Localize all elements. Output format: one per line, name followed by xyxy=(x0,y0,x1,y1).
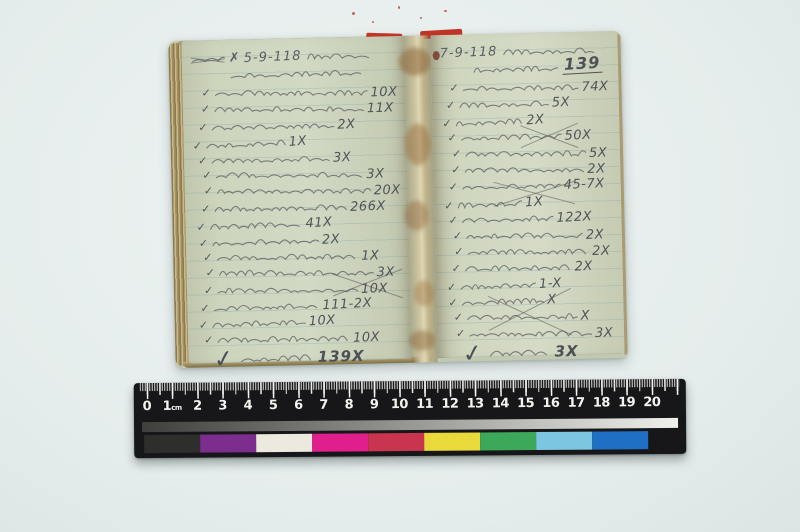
handwriting-squiggle xyxy=(240,350,312,366)
entry-tally: 3X xyxy=(366,168,385,182)
red-speck xyxy=(352,12,355,15)
handwriting-squiggle xyxy=(465,229,583,243)
ruler-number: 16 xyxy=(542,395,559,413)
ledger-entry-row: ✓ 10X xyxy=(201,83,399,100)
handwriting-squiggle xyxy=(216,332,350,347)
check-icon: ✓ xyxy=(448,132,457,145)
color-patch xyxy=(536,432,592,450)
check-icon: ✓ xyxy=(212,346,236,373)
handwriting-squiggle xyxy=(215,250,358,264)
crossed-out-scribble xyxy=(191,53,225,66)
stain xyxy=(399,47,432,76)
ruler-number: 12 xyxy=(441,396,458,414)
ruler-number: 11 xyxy=(416,396,433,414)
color-patch xyxy=(592,431,648,449)
red-speck xyxy=(372,21,374,23)
entry-tally: 3X xyxy=(595,327,614,341)
entry-tally: 41X xyxy=(305,216,333,231)
ledger-entry-row: ✓ 122X xyxy=(448,207,615,227)
left-page-entries: ✓ 10X ✓ 11X ✓ 2X ✓ 1X ✓ 3X ✓ 3X ✓ 20X ✓ … xyxy=(191,78,405,348)
check-icon: ✓ xyxy=(196,221,206,235)
ruler-number: 8 xyxy=(345,396,354,414)
ledger-entry-row: ✓ 1X xyxy=(203,246,403,264)
handwriting-squiggle xyxy=(461,212,554,227)
right-page-entries: ✓ 74X ✓ 5X ✓ 2X ✓ 50X ✓ 5X ✓ 2X ✓ 45-7X … xyxy=(440,73,618,342)
entry-tally: 1-X xyxy=(539,277,563,291)
red-speck xyxy=(420,17,422,19)
color-patch xyxy=(200,434,256,452)
left-page-content: ✗ 5-9-118 ✓ 10X ✓ 11X ✓ 2X ✓ 1X xyxy=(181,36,411,364)
check-icon: ✓ xyxy=(204,333,213,346)
notebook: ✗ 5-9-118 ✓ 10X ✓ 11X ✓ 2X ✓ 1X xyxy=(168,31,627,368)
color-patch xyxy=(424,432,480,450)
check-icon: ✓ xyxy=(449,181,458,194)
color-patch xyxy=(368,433,424,451)
ruler-number: 19 xyxy=(618,394,635,412)
check-icon: ✓ xyxy=(451,262,460,275)
entry-tally: 2X xyxy=(586,228,605,242)
handwriting-squiggle xyxy=(305,49,369,63)
entry-tally: 10X xyxy=(309,315,337,330)
photo-of-notebook-and-scale: ✗ 5-9-118 ✓ 10X ✓ 11X ✓ 2X ✓ 1X xyxy=(0,0,800,532)
check-icon: ✓ xyxy=(454,245,463,258)
ledger-entry-row: ✓ 5X xyxy=(452,143,614,160)
check-icon: ✓ xyxy=(451,163,460,176)
right-page: 7-9-118 139 ✓ 74X ✓ 5X ✓ 2X ✓ 50X xyxy=(430,31,624,358)
color-patch xyxy=(480,432,536,450)
left-page: ✗ 5-9-118 ✓ 10X ✓ 11X ✓ 2X ✓ 1X xyxy=(181,36,411,364)
ledger-entry-row: ✓ 20X xyxy=(204,181,402,198)
ruler-number: 4 xyxy=(244,397,253,415)
check-icon: ✓ xyxy=(200,302,210,315)
ledger-entry-row: ✓ 2X xyxy=(453,225,616,242)
stain xyxy=(404,123,431,166)
handwriting-squiggle xyxy=(488,345,548,360)
check-icon: ✓ xyxy=(449,82,458,95)
grayscale-calibration-bar xyxy=(142,418,678,432)
ruler-number: 17 xyxy=(568,395,585,413)
check-icon: ✓ xyxy=(201,202,210,215)
handwriting-squiggle xyxy=(460,130,562,145)
check-icon: ✓ xyxy=(453,229,462,242)
check-icon: ✓ xyxy=(461,340,485,367)
color-calibration-patches xyxy=(144,431,648,453)
color-patch xyxy=(144,435,200,453)
handwriting-squiggle xyxy=(213,103,364,117)
ruler-number: 13 xyxy=(467,395,484,413)
check-icon: ✓ xyxy=(452,147,461,160)
check-icon: ✓ xyxy=(454,311,463,324)
entry-tally: 10X xyxy=(371,86,398,100)
check-icon: ✓ xyxy=(204,284,213,297)
check-icon: ✓ xyxy=(448,214,458,227)
cross-mark-icon: ✗ xyxy=(229,52,240,65)
entry-tally: 2X xyxy=(526,113,545,127)
handwriting-squiggle xyxy=(218,267,374,280)
ruler-number: 9 xyxy=(370,396,379,414)
right-page-footer: ✓ 3X xyxy=(446,338,619,366)
ruler-number: 18 xyxy=(593,394,610,412)
ledger-entry-row: ✓ X xyxy=(454,307,618,325)
entry-tally: 122X xyxy=(556,211,592,226)
handwriting-squiggle xyxy=(215,168,364,182)
left-header-date: 5-9-118 xyxy=(243,50,301,65)
entry-tally: 1X xyxy=(289,135,308,149)
red-speck xyxy=(398,6,400,9)
check-icon: ✓ xyxy=(201,103,210,116)
color-patch xyxy=(312,433,368,451)
left-page-total: 139X xyxy=(317,347,364,366)
check-icon: ✓ xyxy=(202,169,211,182)
right-page-total: 3X xyxy=(554,342,578,361)
left-page-footer: ✓ 139X xyxy=(197,343,405,372)
check-icon: ✓ xyxy=(204,185,213,198)
ruler-number: 1cm xyxy=(163,398,182,417)
ledger-entry-row: ✓ 11X xyxy=(201,99,400,116)
handwriting-squiggle xyxy=(466,245,589,258)
entry-tally: 3X xyxy=(333,151,352,165)
entry-tally: 1X xyxy=(361,250,380,264)
handwriting-squiggle xyxy=(214,86,368,99)
left-page-header: ✗ 5-9-118 xyxy=(191,44,400,83)
ruler-number: 7 xyxy=(319,397,328,415)
ruler-number: 3 xyxy=(218,397,227,415)
entry-tally: 5X xyxy=(552,97,571,111)
right-page-header: 7-9-118 139 xyxy=(439,39,612,77)
stain xyxy=(404,200,429,231)
entry-tally: 10X xyxy=(353,331,380,345)
handwriting-squiggle xyxy=(216,185,371,198)
check-icon: ✓ xyxy=(447,280,457,293)
ruler-number: 14 xyxy=(492,395,509,413)
ruler-number: 0 xyxy=(143,398,152,416)
entry-tally: X xyxy=(581,310,591,323)
entry-tally: 50X xyxy=(565,129,592,143)
red-speck xyxy=(444,10,447,12)
check-icon: ✓ xyxy=(202,87,211,100)
ruler-number: 20 xyxy=(643,394,660,412)
ledger-entry-row: ✓ 3X xyxy=(206,263,404,280)
ledger-entry-row: ✓ 10X xyxy=(204,328,405,347)
stain xyxy=(409,330,435,351)
ruler-number: 2 xyxy=(193,398,202,416)
ruler-numbers: 01cm234567891011121314151617181920 xyxy=(140,394,680,416)
entry-tally: 5X xyxy=(589,146,608,160)
ledger-entry-row: ✓ 3X xyxy=(456,324,618,341)
right-header-date: 7-9-118 xyxy=(439,45,497,60)
entry-tally: 1X xyxy=(525,195,544,209)
ledger-entry-row: ✓ 2X xyxy=(454,242,616,259)
ruler-unit-label: cm xyxy=(171,404,182,412)
check-icon: ✓ xyxy=(206,267,215,280)
check-icon: ✓ xyxy=(456,327,465,340)
page-number: 139 xyxy=(561,55,602,75)
check-icon: ✓ xyxy=(198,121,207,134)
ruler-number: 10 xyxy=(391,396,408,414)
ruler-number: 15 xyxy=(517,395,534,413)
measuring-scale: 01cm234567891011121314151617181920 xyxy=(134,379,687,458)
handwriting-squiggle xyxy=(464,147,586,160)
ruler-number: 5 xyxy=(269,397,278,415)
color-patch xyxy=(256,434,312,452)
ledger-entry-row: ✓ 3X xyxy=(202,165,401,182)
stain xyxy=(414,280,435,306)
handwriting-squiggle xyxy=(468,327,592,340)
entry-tally: 2X xyxy=(322,233,341,247)
ruler-number: 6 xyxy=(294,397,303,415)
check-icon: ✓ xyxy=(446,99,456,112)
